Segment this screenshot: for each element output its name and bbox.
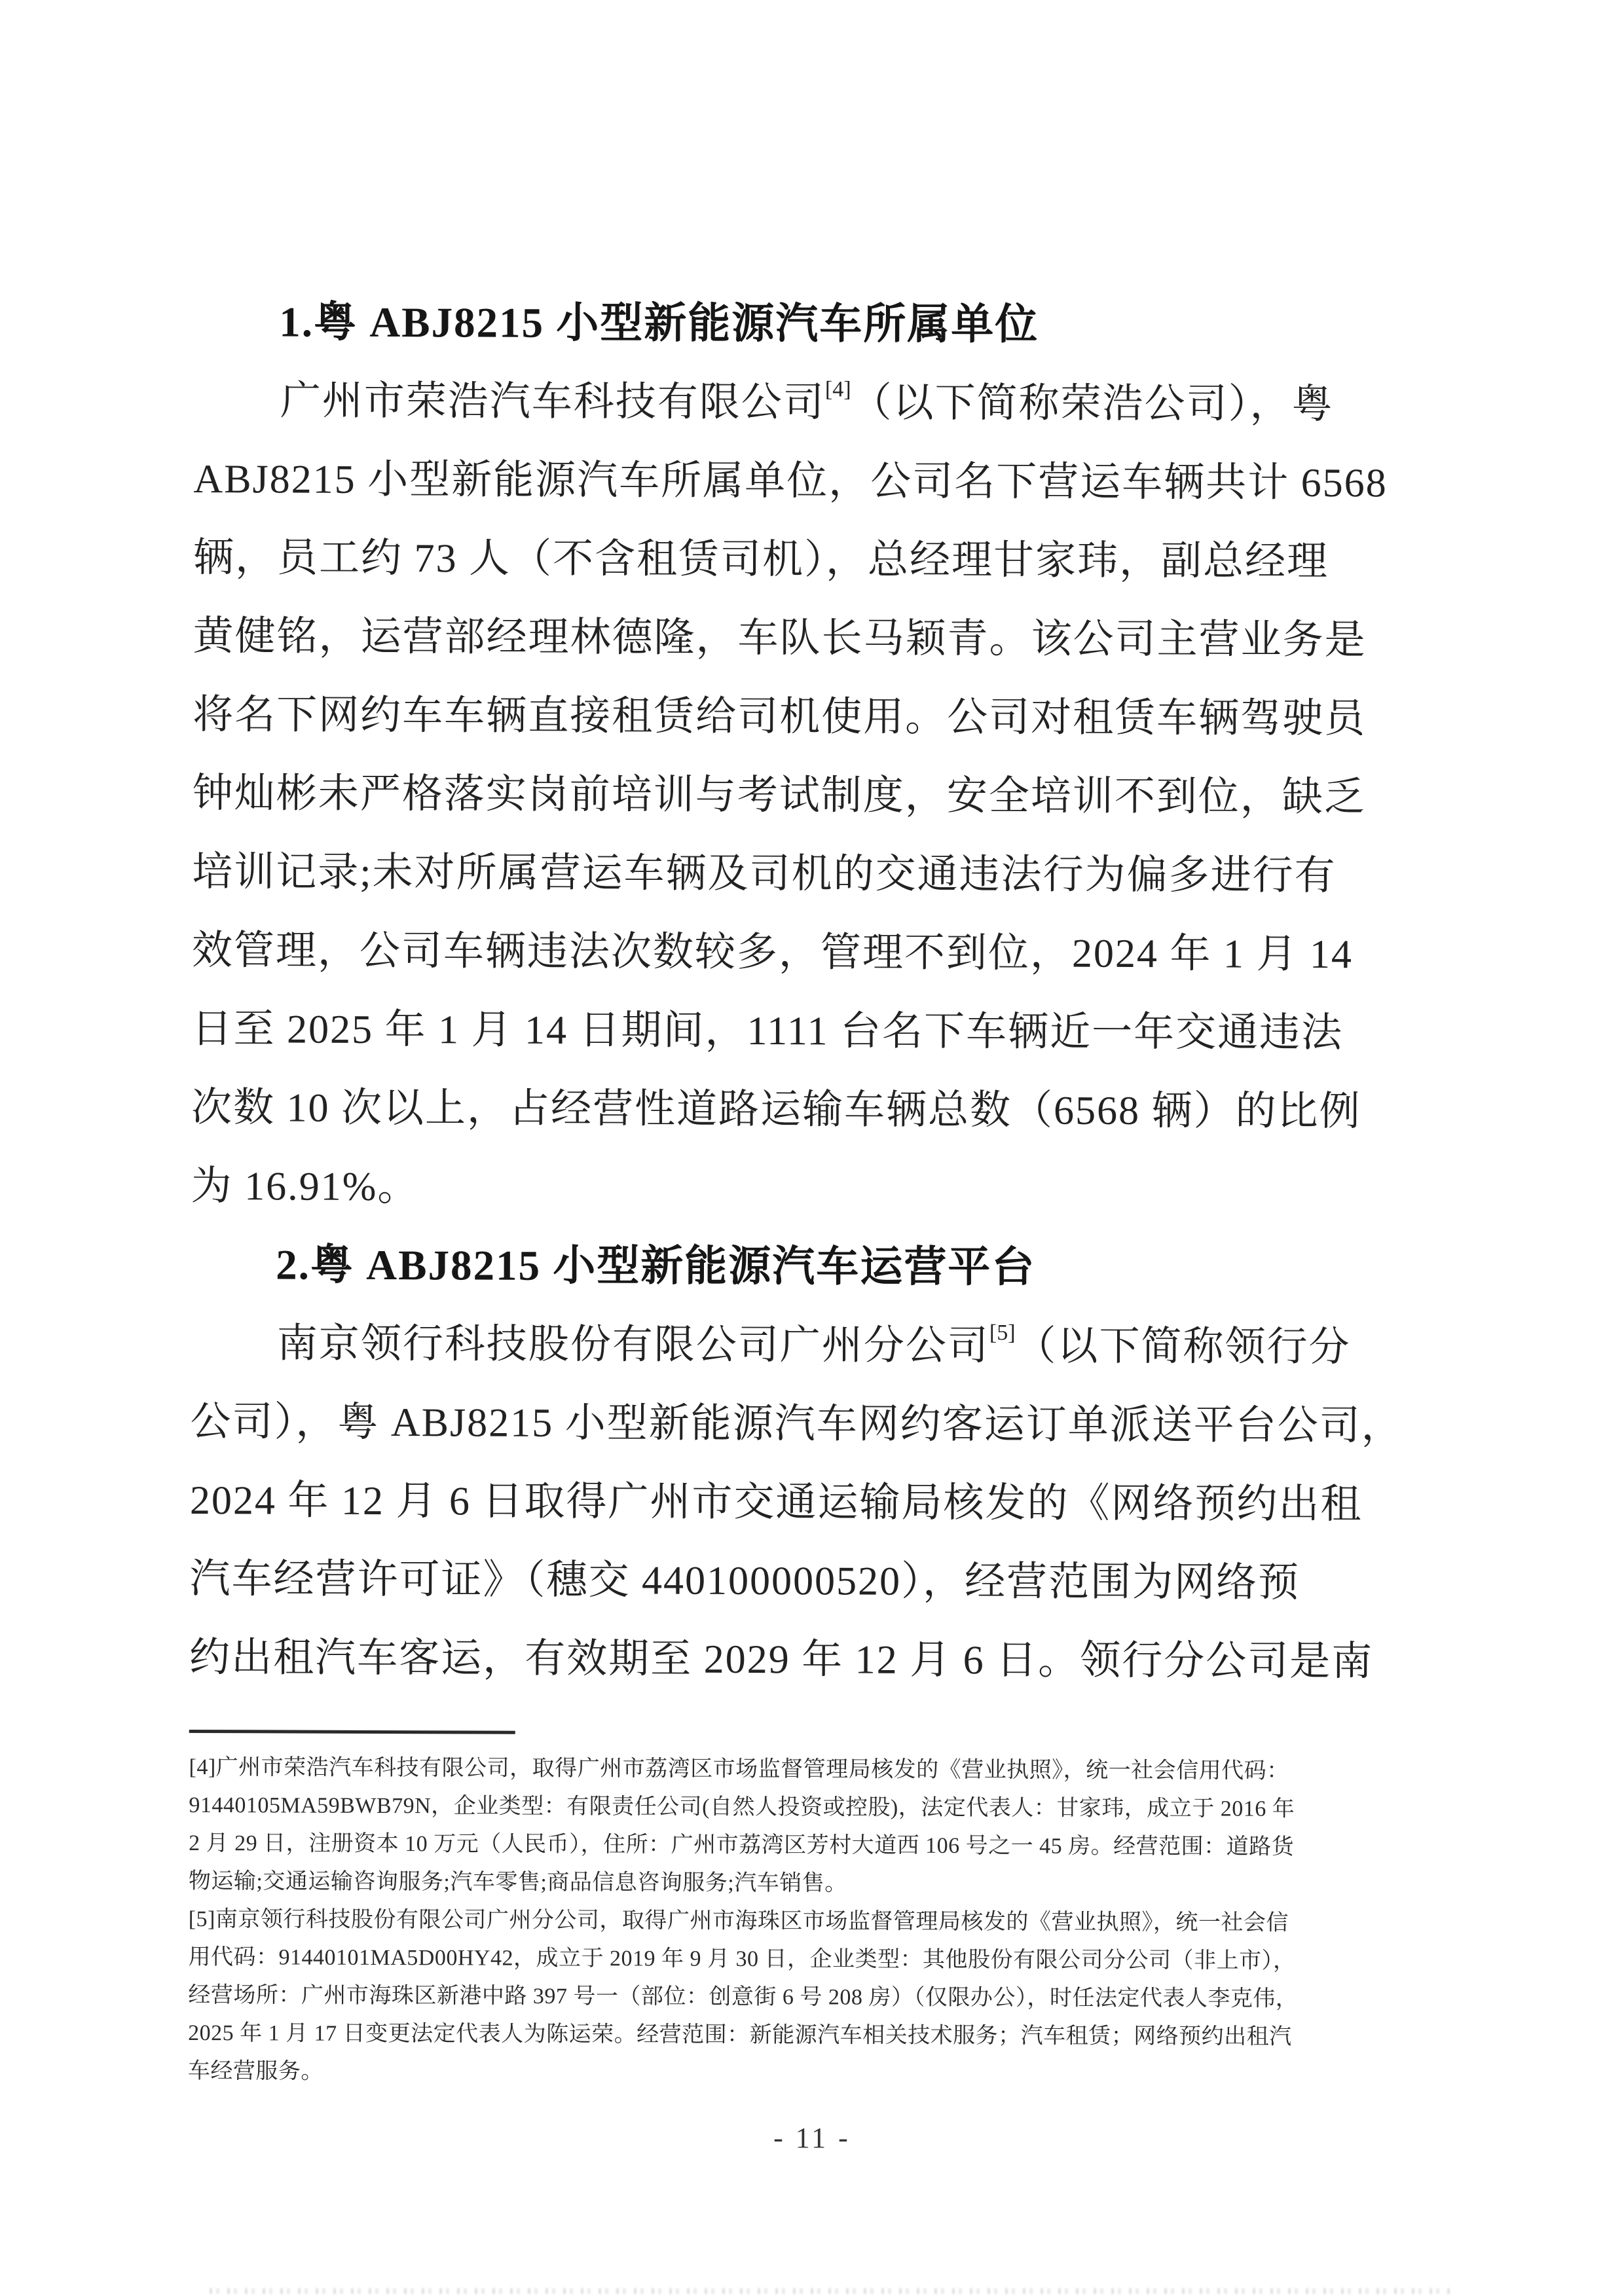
section-2-heading: 2.粤 ABJ8215 小型新能源汽车运营平台 — [191, 1226, 1427, 1309]
text-line: 南京领行科技股份有限公司广州分公司[5]（以下简称领行分 — [191, 1304, 1427, 1387]
text-line: 钟灿彬未严格落实岗前培训与考试制度，安全培训不到位，缺乏 — [193, 754, 1429, 837]
page-bottom-bleed-artifact — [210, 2288, 1454, 2294]
text-line: ABJ8215 小型新能源汽车所属单位，公司名下营运车辆共计 6568 — [193, 440, 1430, 523]
text-line: [4]广州市荣浩汽车科技有限公司，取得广州市荔湾区市场监督管理局核发的《营业执照… — [189, 1749, 1425, 1791]
text-line: 汽车经营许可证》（穗交 440100000520），经营范围为网络预 — [189, 1540, 1426, 1623]
text-line: 车经营服务。 — [188, 2052, 1424, 2095]
text-line: 2 月 29 日，注册资本 10 万元（人民币），住所：广州市荔湾区芳村大道西 … — [189, 1825, 1425, 1867]
document-page: 1.粤 ABJ8215 小型新能源汽车所属单位 广州市荣浩汽车科技有限公司[4]… — [0, 0, 1624, 2296]
text-line: 2024 年 12 月 6 日取得广州市交通运输局核发的《网络预约出租 — [190, 1461, 1426, 1544]
document-content: 1.粤 ABJ8215 小型新能源汽车所属单位 广州市荣浩汽车科技有限公司[4]… — [188, 0, 1431, 2095]
footnote-ref-marker: [4] — [825, 377, 851, 401]
text-line: 约出租汽车客运，有效期至 2029 年 12 月 6 日。领行分公司是南 — [189, 1618, 1426, 1702]
text-line: 次数 10 次以上，占经营性道路运输车辆总数（6568 辆）的比例 — [191, 1068, 1428, 1152]
text-line: 用代码：91440101MA5D00HY42，成立于 2019 年 9 月 30… — [188, 1939, 1424, 1981]
text-line: 公司），粤 ABJ8215 小型新能源汽车网约客运订单派送平台公司， — [190, 1383, 1426, 1466]
page-number: - 11 - — [0, 2121, 1624, 2155]
footnote-ref-marker: [5] — [989, 1321, 1016, 1345]
text-segment: （以下简称领行分 — [1015, 1324, 1350, 1370]
footnotes-block: [4]广州市荣浩汽车科技有限公司，取得广州市荔湾区市场监督管理局核发的《营业执照… — [188, 1749, 1426, 2095]
text-segment: （以下简称荣浩公司），粤 — [851, 380, 1333, 427]
text-line: 2025 年 1 月 17 日变更法定代表人为陈运荣。经营范围：新能源汽车相关技… — [188, 2014, 1424, 2057]
text-segment: 广州市荣浩汽车科技有限公司 — [280, 378, 825, 425]
text-line: 91440105MA59BWB79N，企业类型：有限责任公司(自然人投资或控股)… — [189, 1787, 1425, 1829]
footnote-separator — [189, 1730, 515, 1734]
text-line: [5]南京领行科技股份有限公司广州分公司，取得广州市海珠区市场监督管理局核发的《… — [189, 1901, 1425, 1943]
section-2-paragraph: 南京领行科技股份有限公司广州分公司[5]（以下简称领行分公司），粤 ABJ821… — [189, 1304, 1427, 1702]
text-line: 辆，员工约 73 人（不含租赁司机），总经理甘家玮，副总经理 — [193, 519, 1430, 602]
section-1-paragraph: 广州市荣浩汽车科技有限公司[4]（以下简称荣浩公司），粤ABJ8215 小型新能… — [191, 361, 1430, 1230]
text-line: 黄健铭，运营部经理林德隆，车队长马颖青。该公司主营业务是 — [193, 597, 1429, 680]
text-line: 经营场所：广州市海珠区新港中路 397 号一（部位：创意街 6 号 208 房）… — [188, 1977, 1424, 2019]
text-segment: 南京领行科技股份有限公司广州分公司 — [277, 1321, 989, 1368]
text-line: 广州市荣浩汽车科技有限公司[4]（以下简称荣浩公司），粤 — [194, 361, 1430, 445]
text-line: 物运输;交通运输咨询服务;汽车零售;商品信息咨询服务;汽车销售。 — [189, 1863, 1425, 1905]
text-line: 日至 2025 年 1 月 14 日期间，1111 台名下车辆近一年交通违法 — [191, 990, 1428, 1073]
text-line: 为 16.91%。 — [191, 1147, 1427, 1230]
text-line: 将名下网约车车辆直接租赁给司机使用。公司对租赁车辆驾驶员 — [193, 676, 1429, 759]
text-line: 培训记录;未对所属营运车辆及司机的交通违法行为偏多进行有 — [192, 833, 1428, 916]
section-1-heading: 1.粤 ABJ8215 小型新能源汽车所属单位 — [194, 283, 1430, 366]
text-line: 效管理，公司车辆违法次数较多，管理不到位，2024 年 1 月 14 — [192, 911, 1428, 994]
